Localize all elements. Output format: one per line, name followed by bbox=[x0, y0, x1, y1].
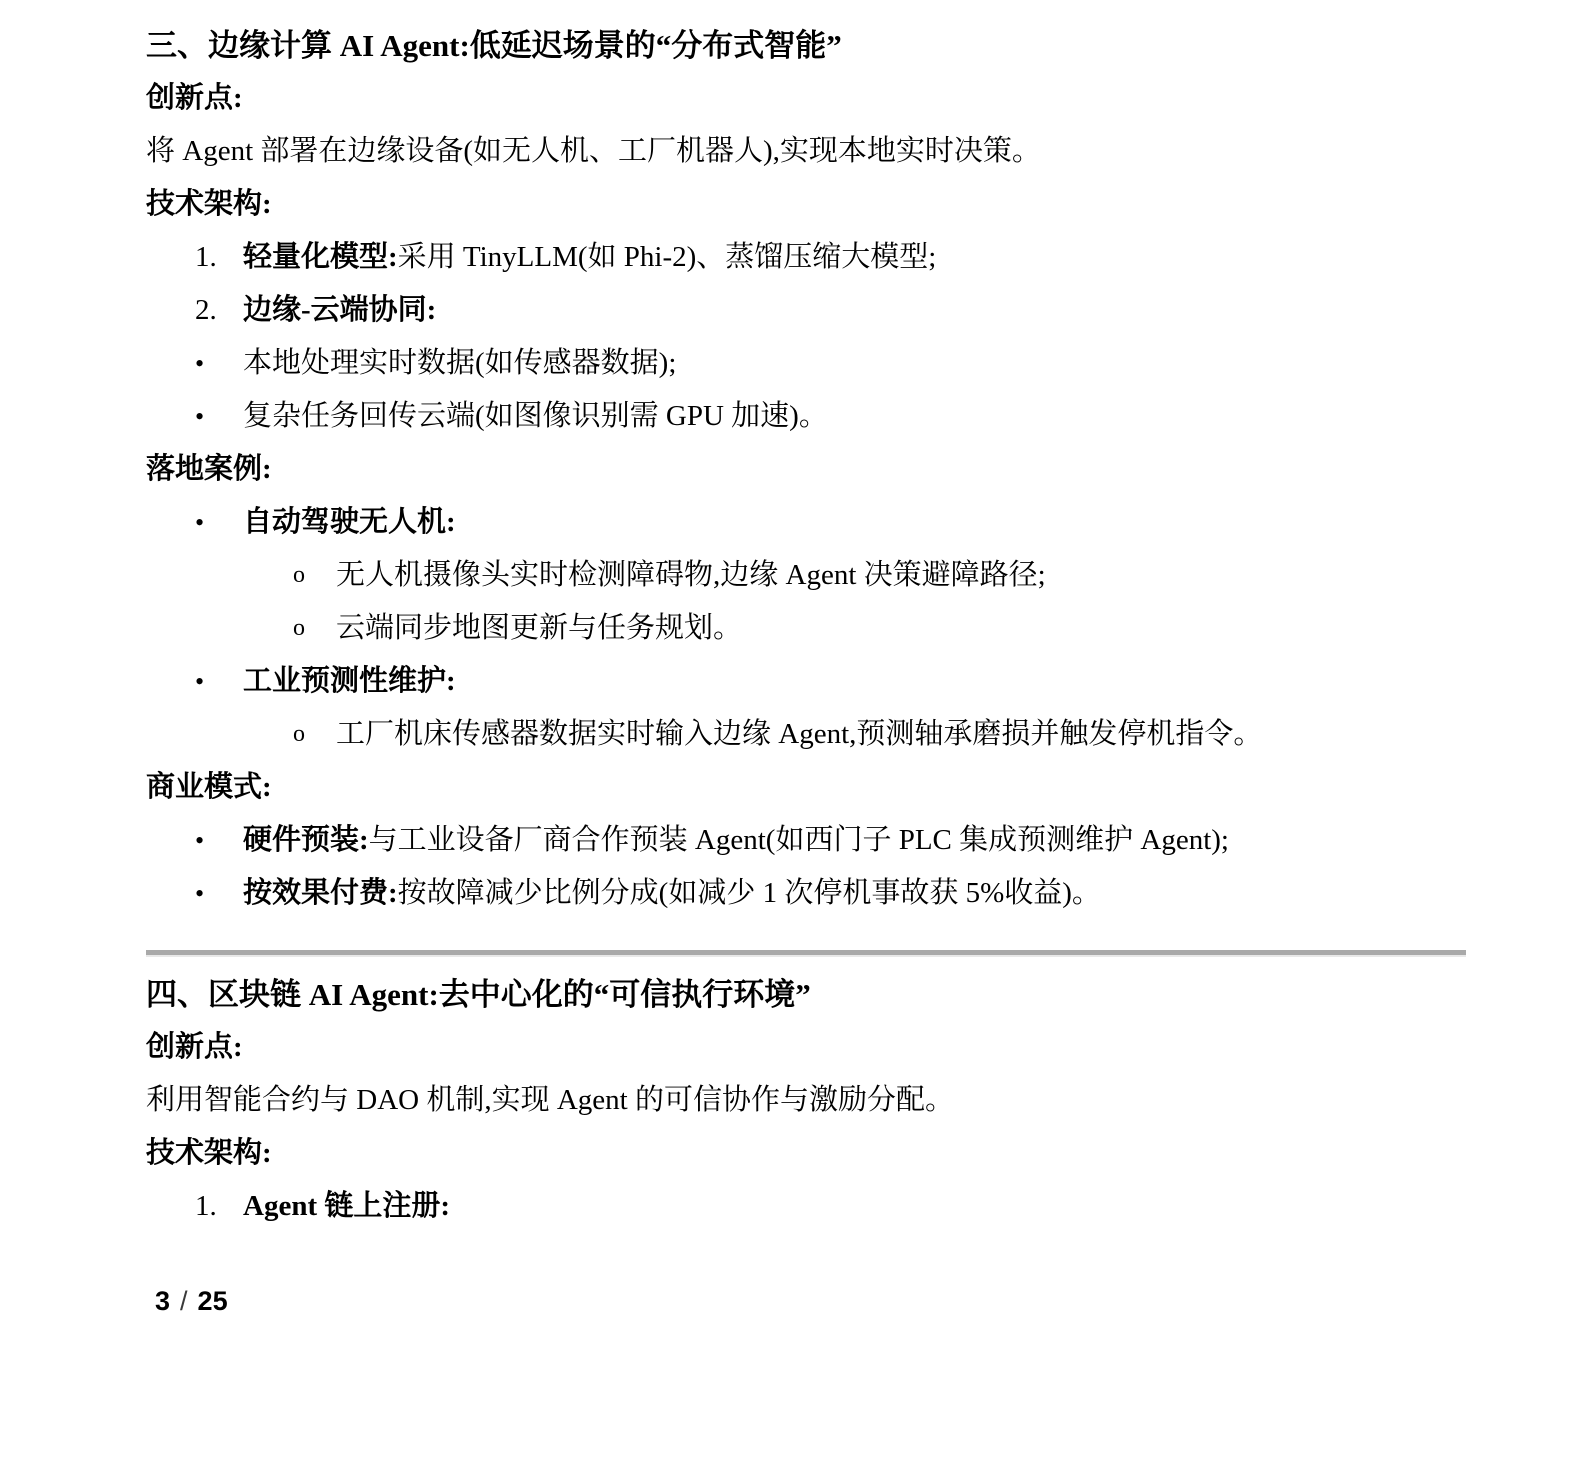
item-text: 无人机摄像头实时检测障碍物,边缘 Agent 决策避障路径; bbox=[336, 559, 1046, 591]
item-text: 按故障减少比例分成(如减少 1 次停机事故获 5%收益)。 bbox=[398, 877, 1101, 909]
bullet-list-item: • 硬件预装:与工业设备厂商合作预装 Agent(如西门子 PLC 集成预测维护… bbox=[146, 814, 1485, 867]
item-text: 本地处理实时数据(如传感器数据); bbox=[243, 347, 676, 379]
current-page: 3 bbox=[155, 1286, 170, 1316]
list-number: 1. bbox=[195, 1180, 217, 1233]
sub-bullet-icon: o bbox=[293, 602, 305, 655]
item-bold-title: 自动驾驶无人机: bbox=[243, 506, 456, 538]
section-blockchain-heading: 四、区块链 AI Agent:去中心化的“可信执行环境” bbox=[146, 968, 1485, 1021]
page-separator: / bbox=[180, 1286, 188, 1316]
tech-architecture-label: 技术架构: bbox=[146, 1127, 1485, 1180]
bullet-list-item: • 按效果付费:按故障减少比例分成(如减少 1 次停机事故获 5%收益)。 bbox=[146, 867, 1485, 920]
innovation-label: 创新点: bbox=[146, 72, 1485, 125]
bullet-list-item: • 复杂任务回传云端(如图像识别需 GPU 加速)。 bbox=[146, 390, 1485, 443]
sub-bullet-item: o 云端同步地图更新与任务规划。 bbox=[146, 602, 1485, 655]
list-number: 1. bbox=[195, 231, 217, 284]
business-model-label: 商业模式: bbox=[146, 761, 1485, 814]
innovation-paragraph: 利用智能合约与 DAO 机制,实现 Agent 的可信协作与激励分配。 bbox=[146, 1074, 1485, 1127]
bullet-list-item: • 自动驾驶无人机: bbox=[146, 496, 1485, 549]
item-text: 云端同步地图更新与任务规划。 bbox=[336, 612, 742, 644]
item-bold-title: 工业预测性维护: bbox=[243, 665, 456, 697]
item-bold-title: 按效果付费: bbox=[243, 877, 398, 909]
item-text: 采用 TinyLLM(如 Phi-2)、蒸馏压缩大模型; bbox=[398, 241, 937, 273]
bullet-icon: • bbox=[195, 867, 204, 920]
numbered-list-item: 2. 边缘-云端协同: bbox=[146, 284, 1485, 337]
numbered-list-item: 1. Agent 链上注册: bbox=[146, 1180, 1485, 1233]
sub-bullet-icon: o bbox=[293, 549, 305, 602]
sub-bullet-item: o 工厂机床传感器数据实时输入边缘 Agent,预测轴承磨损并触发停机指令。 bbox=[146, 708, 1485, 761]
bullet-icon: • bbox=[195, 496, 204, 549]
bullet-icon: • bbox=[195, 337, 204, 390]
section-divider bbox=[146, 950, 1466, 957]
item-bold-title: Agent 链上注册: bbox=[243, 1190, 450, 1222]
innovation-label: 创新点: bbox=[146, 1021, 1485, 1074]
sub-bullet-icon: o bbox=[293, 708, 305, 761]
bullet-list-item: • 工业预测性维护: bbox=[146, 655, 1485, 708]
bullet-icon: • bbox=[195, 655, 204, 708]
list-number: 2. bbox=[195, 284, 217, 337]
cases-label: 落地案例: bbox=[146, 443, 1485, 496]
item-text: 与工业设备厂商合作预装 Agent(如西门子 PLC 集成预测维护 Agent)… bbox=[369, 824, 1229, 856]
item-text: 工厂机床传感器数据实时输入边缘 Agent,预测轴承磨损并触发停机指令。 bbox=[336, 718, 1262, 750]
bullet-icon: • bbox=[195, 814, 204, 867]
item-bold-title: 轻量化模型: bbox=[243, 241, 398, 273]
bullet-icon: • bbox=[195, 390, 204, 443]
document-page: 三、边缘计算 AI Agent:低延迟场景的“分布式智能” 创新点: 将 Age… bbox=[0, 0, 1585, 1479]
item-bold-title: 边缘-云端协同: bbox=[243, 294, 436, 326]
sub-bullet-item: o 无人机摄像头实时检测障碍物,边缘 Agent 决策避障路径; bbox=[146, 549, 1485, 602]
tech-architecture-label: 技术架构: bbox=[146, 178, 1485, 231]
page-number: 3/25 bbox=[155, 1286, 228, 1317]
item-bold-title: 硬件预装: bbox=[243, 824, 369, 856]
total-pages: 25 bbox=[198, 1286, 228, 1316]
numbered-list-item: 1. 轻量化模型:采用 TinyLLM(如 Phi-2)、蒸馏压缩大模型; bbox=[146, 231, 1485, 284]
item-text: 复杂任务回传云端(如图像识别需 GPU 加速)。 bbox=[243, 400, 828, 432]
bullet-list-item: • 本地处理实时数据(如传感器数据); bbox=[146, 337, 1485, 390]
section-edge-heading: 三、边缘计算 AI Agent:低延迟场景的“分布式智能” bbox=[146, 19, 1485, 72]
innovation-paragraph: 将 Agent 部署在边缘设备(如无人机、工厂机器人),实现本地实时决策。 bbox=[146, 125, 1485, 178]
